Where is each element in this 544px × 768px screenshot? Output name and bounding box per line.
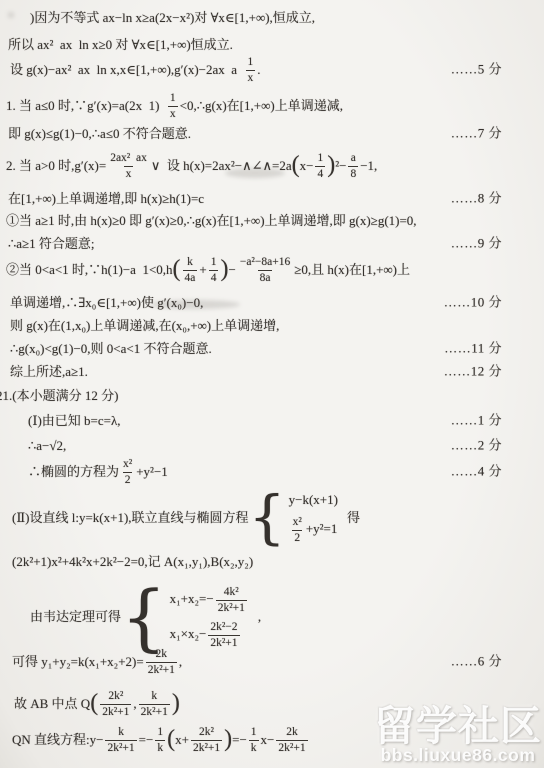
- text-line: ∴椭圆的方程为x²2+y²−1……4 分: [0, 458, 544, 486]
- line-content: QN 直线方程:y−k2k²+1=−1k(x+2k²2k²+1)=−1kx−2k…: [12, 726, 310, 754]
- text-line: 由韦达定理可得{x₁+x₂=−4k²2k²+1x₁×x₂−2k²−22k²+1,: [0, 586, 544, 650]
- scanned-page: { "page": { "ink": "#35312d", "paper": "…: [0, 0, 544, 768]
- text-line: 21.(本小题满分 12 分): [0, 388, 544, 405]
- system-brace: {: [249, 493, 286, 542]
- text-line: 则 g(x)在(1,x₀)上单调递减,在(x₀,+∞)上单调递增,: [0, 318, 544, 335]
- system-row: y−k(x+1): [289, 492, 338, 509]
- score-marker: ……7 分: [451, 126, 502, 143]
- score-marker: ……1 分: [451, 413, 502, 430]
- line-content: 在[1,+∞)上单调递增,即 h(x)≥h(1)=c: [8, 191, 204, 208]
- line-content: 1. 当 a≤0 时,∵g′(x)=a(2x 1) 1x<0,∴g(x)在[1,…: [6, 92, 343, 120]
- score-marker: ……4 分: [451, 464, 502, 481]
- text-line: ②当 0<a<1 时,∵h(1)−a 1<0,h(k4a+14)−−a²−8a+…: [0, 256, 544, 284]
- text-line: (Ⅰ)由已知 b=c=λ,……1 分: [0, 413, 544, 430]
- text-line: ∴g(x₀)<g(1)−0,则 0<a<1 不符合题意.……11 分: [0, 341, 544, 358]
- line-content: ∴椭圆的方程为x²2+y²−1: [28, 458, 168, 486]
- line-content: )因为不等式 ax−ln x≥a(2x−x²)对 ∀x∈[1,+∞),恒成立,: [30, 10, 315, 27]
- line-content: 2. 当 a>0 时,g′(x)=2ax² axx∨ 设 h(x)=2ax²−∧…: [6, 152, 377, 180]
- line-content: ①当 a≥1 时,由 h(x)≥0 即 g′(x)≥0,∴g(x)在[1,+∞)…: [6, 213, 417, 230]
- text-line: 即 g(x)≤g(1)−0,∴a≤0 不符合题意.……7 分: [0, 126, 544, 143]
- text-line: ①当 a≥1 时,由 h(x)≥0 即 g′(x)≥0,∴g(x)在[1,+∞)…: [0, 213, 544, 230]
- text-line: 设 g(x)−ax² ax ln x,x∈[1,+∞),g′(x)−2ax a …: [0, 56, 544, 84]
- text-line: (2k²+1)x²+4k²x+2k²−2=0,记 A(x₁,y₁),B(x₂,y…: [0, 554, 544, 571]
- big-paren: ): [220, 260, 228, 279]
- score-marker: ……12 分: [444, 364, 502, 381]
- line-content: 则 g(x)在(1,x₀)上单调递减,在(x₀,+∞)上单调递增,: [10, 318, 279, 335]
- big-paren: (: [167, 730, 175, 749]
- math-fraction: a8: [348, 152, 358, 180]
- math-fraction: 1x: [168, 92, 178, 120]
- system-row: x₁+x₂=−4k²2k²+1: [170, 586, 249, 614]
- math-fraction: 2k²2k²+1: [100, 690, 131, 718]
- text-line: (Ⅱ)设直线 l:y=k(x+1),联立直线与椭圆方程{y−k(x+1)x²2+…: [0, 492, 544, 544]
- line-content: (Ⅱ)设直线 l:y=k(x+1),联立直线与椭圆方程{y−k(x+1)x²2+…: [12, 492, 360, 544]
- big-paren: ): [327, 156, 335, 175]
- score-marker: ……10 分: [444, 295, 502, 312]
- score-marker: ……9 分: [451, 236, 502, 253]
- scan-smudge: [8, 12, 14, 18]
- line-content: 综上所述,a≥1.: [10, 364, 88, 381]
- watermark-site: bbs.liuxue86.com: [374, 745, 542, 766]
- document-page: )因为不等式 ax−ln x≥a(2x−x²)对 ∀x∈[1,+∞),恒成立,所…: [0, 0, 544, 768]
- text-line: 所以 ax² ax ln x≥0 对 ∀x∈[1,+∞)恒成立.: [0, 37, 544, 54]
- big-paren: ): [224, 730, 232, 749]
- text-line: 单调递增,∴∃x₀∈[1,+∞)使 g′(x₀)−0,……10 分: [0, 295, 544, 312]
- line-content: 即 g(x)≤g(1)−0,∴a≤0 不符合题意.: [8, 126, 191, 143]
- system-row: x₁×x₂−2k²−22k²+1: [170, 621, 242, 649]
- watermark-title: 留学社区: [374, 705, 542, 748]
- line-content: 可得 y₁+y₂=k(x₁+x₂+2)=2k2k²+1,: [12, 648, 182, 676]
- score-marker: ……8 分: [451, 191, 502, 208]
- math-fraction: 2k2k²+1: [146, 648, 177, 676]
- line-content: (2k²+1)x²+4k²x+2k²−2=0,记 A(x₁,y₁),B(x₂,y…: [12, 554, 253, 571]
- math-fraction: 2ax² axx: [108, 152, 149, 180]
- math-fraction: 14: [209, 256, 219, 284]
- big-paren: (: [90, 694, 98, 713]
- scan-smudge: [225, 168, 285, 178]
- math-fraction: −a²−8a+168a: [238, 256, 292, 284]
- text-line: 在[1,+∞)上单调递增,即 h(x)≥h(1)=c……8 分: [0, 191, 544, 208]
- line-content: ∴g(x₀)<g(1)−0,则 0<a<1 不符合题意.: [10, 341, 212, 358]
- watermark: 留学社区 bbs.liuxue86.com: [374, 705, 542, 766]
- score-marker: ……11 分: [444, 341, 502, 358]
- line-content: 所以 ax² ax ln x≥0 对 ∀x∈[1,+∞)恒成立.: [8, 37, 233, 54]
- text-line: ∴a−√2,……2 分: [0, 438, 544, 455]
- math-fraction: k4a: [183, 256, 198, 284]
- math-fraction: 1k: [155, 726, 165, 754]
- line-content: ∴a−√2,: [28, 438, 66, 455]
- big-paren: ): [172, 694, 180, 713]
- math-fraction: x²2: [121, 458, 134, 486]
- math-fraction: k2k²+1: [139, 690, 170, 718]
- text-line: 可得 y₁+y₂=k(x₁+x₂+2)=2k2k²+1,……6 分: [0, 648, 544, 676]
- math-fraction: 2k²2k²+1: [191, 726, 222, 754]
- score-marker: ……5 分: [451, 62, 502, 79]
- line-content: 由韦达定理可得{x₁+x₂=−4k²2k²+1x₁×x₂−2k²−22k²+1,: [30, 586, 261, 650]
- line-content: 21.(本小题满分 12 分): [0, 388, 118, 405]
- math-fraction: 14: [315, 152, 325, 180]
- math-fraction: 2k2k²+1: [276, 726, 307, 754]
- math-fraction: x²2: [291, 516, 304, 544]
- line-content: (Ⅰ)由已知 b=c=λ,: [28, 413, 121, 430]
- math-fraction: 4k²2k²+1: [216, 586, 247, 614]
- line-content: ②当 0<a<1 时,∵h(1)−a 1<0,h(k4a+14)−−a²−8a+…: [6, 256, 410, 284]
- score-marker: ……6 分: [451, 654, 502, 671]
- math-fraction: k2k²+1: [105, 726, 136, 754]
- text-line: )因为不等式 ax−ln x≥a(2x−x²)对 ∀x∈[1,+∞),恒成立,: [0, 10, 544, 27]
- text-line: 1. 当 a≤0 时,∵g′(x)=a(2x 1) 1x<0,∴g(x)在[1,…: [0, 92, 544, 120]
- line-content: 设 g(x)−ax² ax ln x,x∈[1,+∞),g′(x)−2ax a …: [10, 56, 261, 84]
- line-content: 故 AB 中点 Q( 2k²2k²+1,k2k²+1): [14, 690, 180, 718]
- scan-smudge: [150, 300, 240, 309]
- system-row: x²2+y²=1: [289, 516, 338, 544]
- score-marker: ……2 分: [451, 438, 502, 455]
- big-paren: (: [173, 260, 181, 279]
- math-fraction: 1x: [246, 56, 256, 84]
- big-paren: (: [292, 156, 300, 175]
- system-brace: {: [121, 587, 167, 648]
- line-content: ∴a≥1 符合题意;: [8, 236, 95, 253]
- equation-system: {y−k(x+1)x²2+y²=1: [249, 492, 338, 544]
- math-fraction: 1k: [249, 726, 259, 754]
- text-line: 综上所述,a≥1.……12 分: [0, 364, 544, 381]
- math-fraction: 2k²−22k²+1: [208, 621, 239, 649]
- text-line: ∴a≥1 符合题意;……9 分: [0, 236, 544, 253]
- equation-system: {x₁+x₂=−4k²2k²+1x₁×x₂−2k²−22k²+1: [121, 586, 249, 650]
